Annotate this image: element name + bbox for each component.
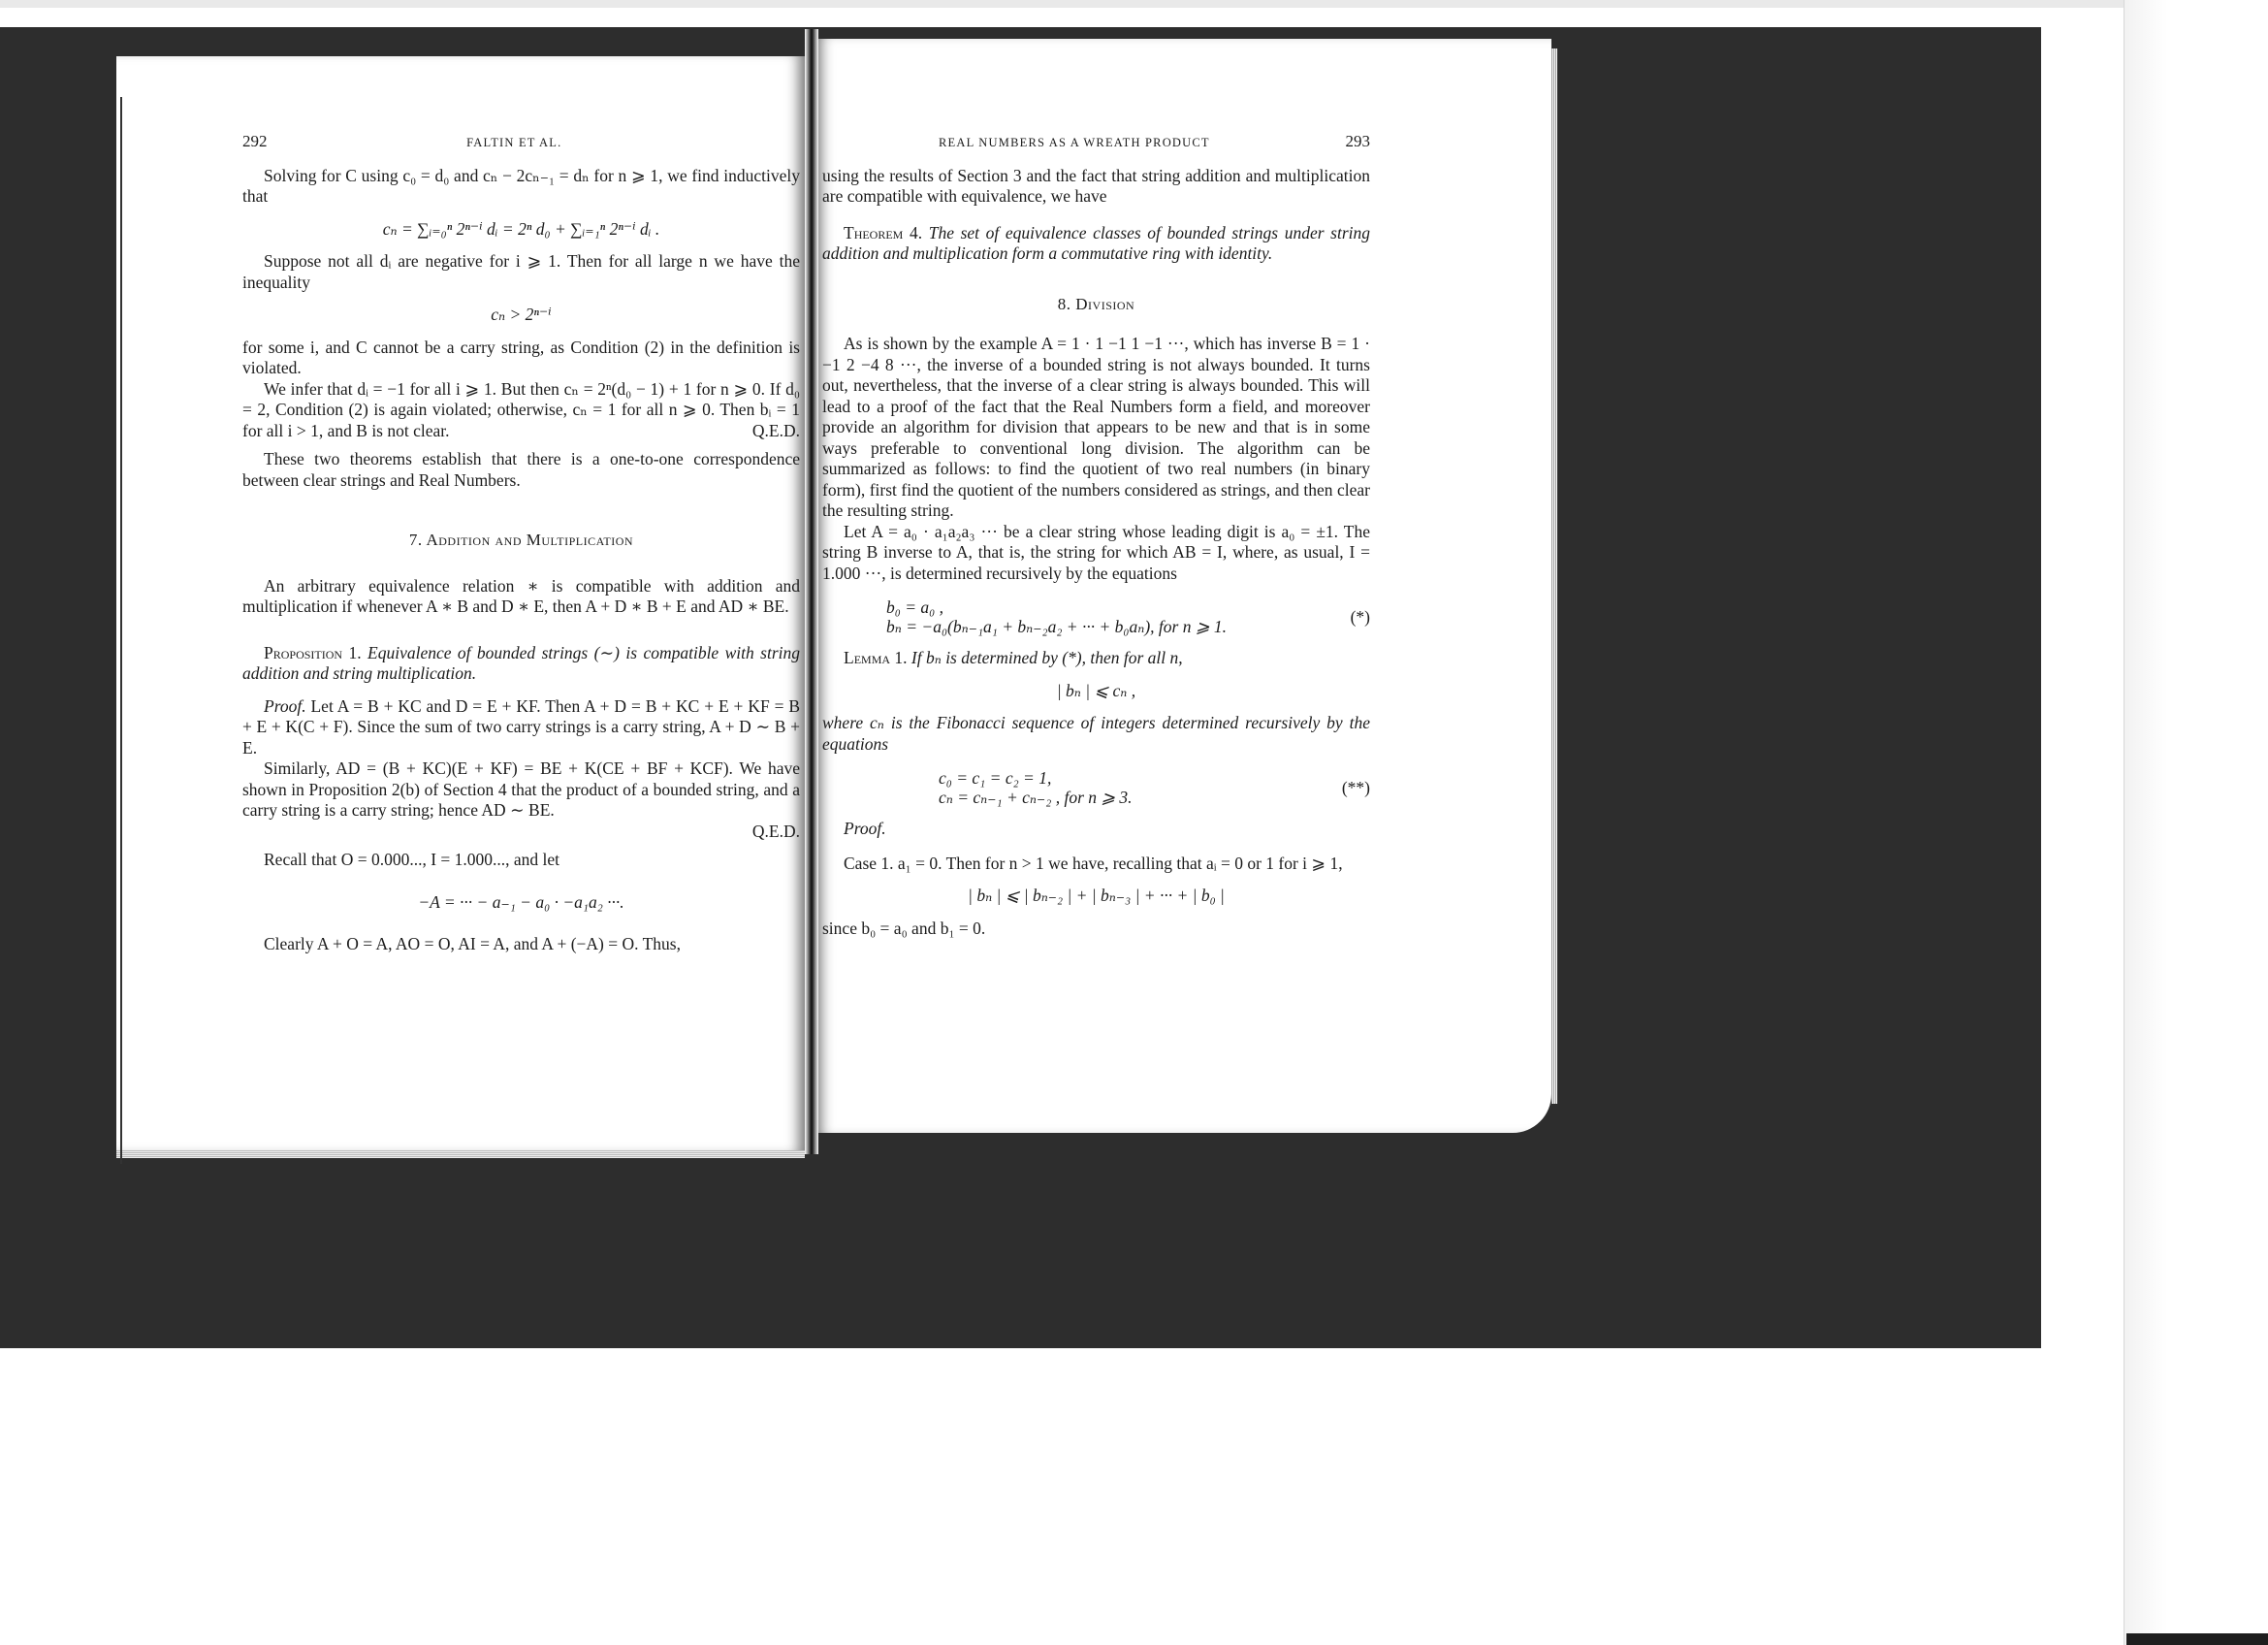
paragraph: Clearly A + O = A, AO = O, AI = A, and A… <box>242 934 800 955</box>
proof: Proof. Let A = B + KC and D = E + KF. Th… <box>242 696 800 759</box>
qed-mark: Q.E.D. <box>731 421 800 442</box>
page-number: 292 <box>242 131 268 152</box>
paragraph-text: We infer that dᵢ = −1 for all i ⩾ 1. But… <box>242 379 800 440</box>
equation: | bₙ | ⩽ | bₙ₋₂ | + | bₙ₋₃ | + ··· + | b… <box>822 886 1370 907</box>
paragraph: These two theorems establish that there … <box>242 449 800 491</box>
theorem: Theorem 4. The set of equivalence classe… <box>822 223 1370 265</box>
qed-mark: Q.E.D. <box>242 822 800 843</box>
proof-label: Proof. <box>264 696 306 716</box>
proof-text: Let A = B + KC and D = E + KF. Then A + … <box>242 696 800 758</box>
page-number: 293 <box>1346 131 1371 152</box>
left-margin-rule <box>120 97 122 1164</box>
proposition: Proposition 1. Equivalence of bounded st… <box>242 643 800 685</box>
equation-line: c₀ = c₁ = c₂ = 1, <box>939 768 1370 788</box>
equation: cₙ > 2ⁿ⁻ⁱ <box>242 305 800 326</box>
left-page-text: 292 FALTIN ET AL. Solving for C using c₀… <box>242 131 800 955</box>
scan-margin-right <box>2124 0 2268 1645</box>
lemma-continuation: where cₙ is the Fibonacci sequence of in… <box>822 713 1370 755</box>
equation-tag: (**) <box>1342 778 1370 797</box>
book-gutter <box>805 29 818 1154</box>
equation: −A = ··· − a₋₁ − a₀ · −a₁a₂ ···. <box>242 892 800 914</box>
right-page-text: REAL NUMBERS AS A WREATH PRODUCT 293 usi… <box>822 131 1370 939</box>
paragraph: Solving for C using c₀ = d₀ and cₙ − 2cₙ… <box>242 166 800 208</box>
paragraph: Case 1. a₁ = 0. Then for n > 1 we have, … <box>822 854 1370 875</box>
equation-line: bₙ = −a₀(bₙ₋₁a₁ + bₙ₋₂a₂ + ··· + b₀aₙ), … <box>886 617 1370 636</box>
section-heading-text: 7. Addition and Multiplication <box>409 531 633 549</box>
proof-label: Proof. <box>822 819 1370 840</box>
lemma-label: Lemma 1. <box>844 648 908 667</box>
paragraph: using the results of Section 3 and the f… <box>822 166 1370 208</box>
running-head-title: REAL NUMBERS AS A WREATH PRODUCT <box>939 133 1210 154</box>
scan-corner-mark <box>2126 1633 2268 1645</box>
left-running-head: 292 FALTIN ET AL. <box>242 131 800 154</box>
paragraph: for some i, and C cannot be a carry stri… <box>242 338 800 379</box>
paragraph: Recall that O = 0.000..., I = 1.000..., … <box>242 850 800 871</box>
equation-tag: (*) <box>1351 607 1370 627</box>
section-heading: 8. Division <box>822 294 1370 315</box>
theorem-label: Theorem 4. <box>844 223 922 242</box>
paragraph: Let A = a₀ · a₁a₂a₃ ··· be a clear strin… <box>822 522 1370 585</box>
equation: | bₙ | ⩽ cₙ , <box>822 681 1370 702</box>
paragraph: As is shown by the example A = 1 · 1 −1 … <box>822 334 1370 522</box>
paragraph: Suppose not all dᵢ are negative for i ⩾ … <box>242 251 800 293</box>
equation-line: cₙ = cₙ₋₁ + cₙ₋₂ , for n ⩾ 3. <box>939 788 1370 807</box>
proposition-label: Proposition 1. <box>264 643 362 662</box>
scan-edge-top <box>0 0 2133 8</box>
paragraph: Similarly, AD = (B + KC)(E + KF) = BE + … <box>242 758 800 822</box>
section-heading: 7. Addition and Multiplication <box>242 530 800 551</box>
equation: cₙ = ∑ᵢ₌₀ⁿ 2ⁿ⁻ⁱ dᵢ = 2ⁿ d₀ + ∑ᵢ₌₁ⁿ 2ⁿ⁻ⁱ … <box>242 219 800 241</box>
right-running-head: REAL NUMBERS AS A WREATH PRODUCT 293 <box>822 131 1370 154</box>
lemma: Lemma 1. If bₙ is determined by (*), the… <box>822 648 1370 669</box>
paragraph: An arbitrary equivalence relation ∗ is c… <box>242 576 800 618</box>
section-heading-text: 8. Division <box>1058 295 1134 313</box>
equation-double-star: c₀ = c₁ = c₂ = 1, cₙ = cₙ₋₁ + cₙ₋₂ , for… <box>939 768 1370 807</box>
paragraph: since b₀ = a₀ and b₁ = 0. <box>822 919 1370 940</box>
lemma-body: If bₙ is determined by (*), then for all… <box>911 648 1183 667</box>
equation-line: b₀ = a₀ , <box>886 597 1370 617</box>
paragraph: We infer that dᵢ = −1 for all i ⩾ 1. But… <box>242 379 800 442</box>
equation-star: b₀ = a₀ , bₙ = −a₀(bₙ₋₁a₁ + bₙ₋₂a₂ + ···… <box>886 597 1370 636</box>
running-head-title: FALTIN ET AL. <box>466 133 561 154</box>
